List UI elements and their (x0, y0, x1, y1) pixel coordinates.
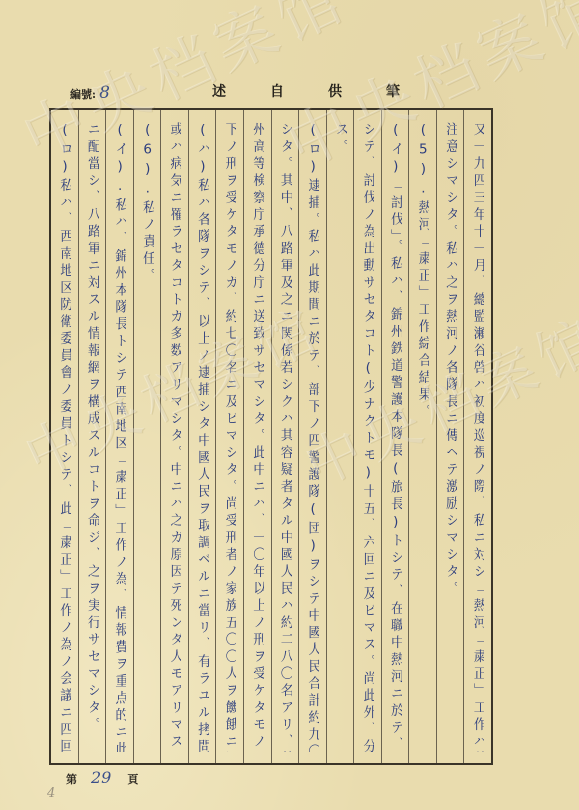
page-suffix: 頁 (127, 773, 138, 786)
column-text: (5).熱河「粛正」工作綜合結果。 (416, 122, 430, 752)
manuscript-column: 又一九四三年十一月、總監瀬谷啓ハ初度巡視ノ際、私ニ対シ「熱河「粛正」工作ハ積極的… (463, 110, 491, 763)
manuscript-column: (ロ)逮捕。私ハ此期間ニ於テ、部下ノ四警護隊(団)ヲシテ中國人民合計約九〇〇人ヲ… (298, 110, 326, 763)
page-number: 29 (91, 768, 111, 787)
column-text: ニ配當シ、八路軍ニ対スル情報網ヲ構成スルコトヲ命ジ、之ヲ実行サセマシタ。 (85, 122, 99, 752)
manuscript-column: シタ。其中、八路軍及之ニ関係若シクハ其容疑者タル中國人民ハ約二八〇名アリ、其約半… (271, 110, 299, 763)
manuscript-column: (6).私ノ責任。 (133, 110, 161, 763)
column-text: 或ハ病気ニ罹ラセタコトガ多数アリマシタ。中ニハ之ガ原因デ死ンダ人モアリマス。 (168, 122, 182, 752)
manuscript-column: ニ配當シ、八路軍ニ対スル情報網ヲ構成スルコトヲ命ジ、之ヲ実行サセマシタ。 (78, 110, 106, 763)
manuscript-column: (5).熱河「粛正」工作綜合結果。 (408, 110, 436, 763)
column-text: 又一九四三年十一月、總監瀬谷啓ハ初度巡視ノ際、私ニ対シ「熱河「粛正」工作ハ積極的… (471, 122, 485, 752)
title-char: 筆 (386, 81, 400, 101)
title-char: 述 (212, 81, 226, 101)
column-text: (ロ)逮捕。私ハ此期間ニ於テ、部下ノ四警護隊(団)ヲシテ中國人民合計約九〇〇人ヲ… (306, 122, 320, 752)
column-text: (6).私ノ責任。 (140, 122, 154, 752)
column-text: シテ、討伐ノ為出動サセタコト(少ナクトモ)十五、六回ニ及ビマス。尚此外、分所長等… (361, 122, 375, 752)
column-text: (ロ)私ハ、西南地区防衛委員會ノ委員トシテ、此「粛正」工作ノ為ノ会議ニ四回出席シ… (58, 122, 72, 752)
title-char: 自 (270, 81, 284, 101)
column-text: (イ)「討伐」。私ハ、錦州鉄道警護本隊長(旅長)トシテ、在職中熱河ニ於テ、部下ノ… (388, 122, 402, 752)
page-prefix: 第 (66, 773, 77, 786)
manuscript-column: 州高等検察庁承德分庁ニ送致サセマシタ。此中ニハ、一〇年以上ノ刑ヲ受ケタモノガ約三… (243, 110, 271, 763)
manuscript-column: 或ハ病気ニ罹ラセタコトガ多数アリマシタ。中ニハ之ガ原因デ死ンダ人モアリマス。 (160, 110, 188, 763)
column-text: 下ノ刑ヲ受ケタモノガ、約七〇名ニ及ビマシタ。尚受刑者ノ家族五〇〇人ヲ饑餓ニ困マセ… (223, 122, 237, 752)
document-number-label: 編號: (70, 88, 96, 101)
manuscript-column: ス。 (326, 110, 354, 763)
manuscript-column: 注意シマシタ。私ハ之ヲ熱河ノ各隊長ニ傳ヘテ激励シマシタ。 (436, 110, 464, 763)
column-text: 注意シマシタ。私ハ之ヲ熱河ノ各隊長ニ傳ヘテ激励シマシタ。 (443, 122, 457, 752)
column-text: (ハ)私ハ各隊ヲシテ、以上ノ逮捕シタ中國人民ヲ取調ベルニ當リ、有ラユル拷問ヲ用ヒ… (195, 122, 209, 752)
manuscript-grid: 又一九四三年十一月、總監瀬谷啓ハ初度巡視ノ際、私ニ対シ「熱河「粛正」工作ハ積極的… (49, 108, 493, 765)
column-text: ス。 (333, 122, 347, 752)
manuscript-column: (イ).私ハ、錦州本隊長トシテ西南地区「粛正」工作ノ為、情報費ヲ重点的ニ此地区ノ… (105, 110, 133, 763)
manuscript-column: (ハ)私ハ各隊ヲシテ、以上ノ逮捕シタ中國人民ヲ取調ベルニ當リ、有ラユル拷問ヲ用ヒ… (188, 110, 216, 763)
document-number: 編號:8 (70, 83, 110, 103)
manuscript-column: (イ)「討伐」。私ハ、錦州鉄道警護本隊長(旅長)トシテ、在職中熱河ニ於テ、部下ノ… (381, 110, 409, 763)
column-text: 州高等検察庁承德分庁ニ送致サセマシタ。此中ニハ、一〇年以上ノ刑ヲ受ケタモノガ約三… (250, 122, 264, 752)
page-title: 筆 供 自 述 (212, 81, 400, 101)
document-number-value: 8 (99, 83, 110, 103)
manuscript-column: (ロ)私ハ、西南地区防衛委員會ノ委員トシテ、此「粛正」工作ノ為ノ会議ニ四回出席シ… (51, 110, 78, 763)
page-footer: 第29頁 (66, 768, 138, 787)
pencil-annotation: 4 (47, 786, 55, 801)
column-text: シタ。其中、八路軍及之ニ関係若シクハ其容疑者タル中國人民ハ約二八〇名アリ、其約半… (278, 122, 292, 752)
manuscript-column: シテ、討伐ノ為出動サセタコト(少ナクトモ)十五、六回ニ及ビマス。尚此外、分所長等… (353, 110, 381, 763)
column-text: (イ).私ハ、錦州本隊長トシテ西南地区「粛正」工作ノ為、情報費ヲ重点的ニ此地区ノ… (113, 122, 127, 752)
title-char: 供 (328, 81, 342, 101)
manuscript-column: 下ノ刑ヲ受ケタモノガ、約七〇名ニ及ビマシタ。尚受刑者ノ家族五〇〇人ヲ饑餓ニ困マセ… (215, 110, 243, 763)
